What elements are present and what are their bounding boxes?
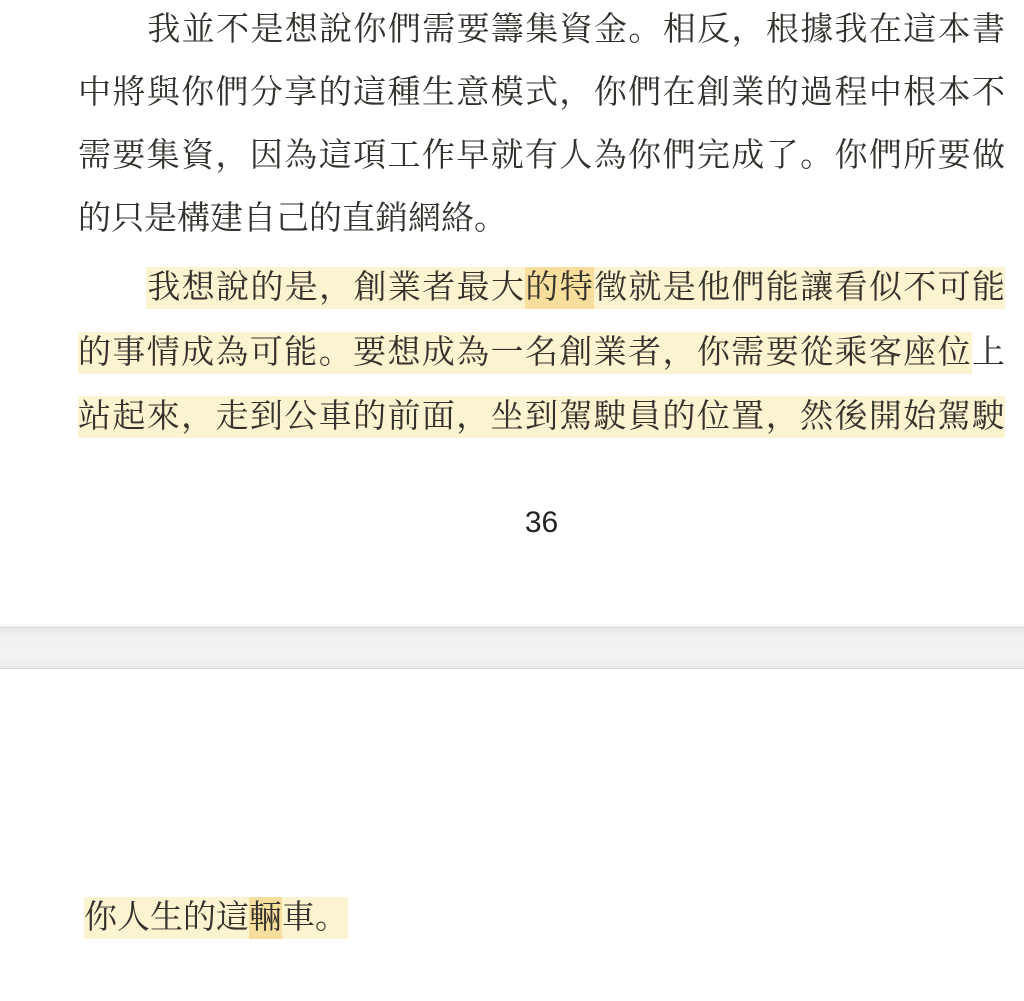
text-run: 需要集資，因為這項工作早就有人為你們完成了。你們所要做 — [78, 138, 1005, 174]
text-line: 需要集資，因為這項工作早就有人為你們完成了。你們所要做 — [78, 134, 1005, 178]
highlight-segment-light: 的事情成為可能。要想成為一名創業者，你需要從乘客座位 — [78, 332, 972, 374]
page-divider — [0, 627, 1024, 669]
highlight-segment-dark: 輛 — [249, 897, 282, 939]
highlight-segment-light: 我想說的是，創業者最大 — [146, 267, 525, 309]
page-number: 36 — [78, 505, 1005, 541]
highlight-segment-light: 你人生的這 — [84, 897, 249, 939]
text-line: 中將與你們分享的這種生意模式，你們在創業的過程中根本不 — [78, 71, 1005, 115]
text-line-highlighted: 你人生的這輛車。 — [84, 896, 1011, 940]
paragraph-indent — [78, 297, 146, 298]
document-viewer[interactable]: 我並不是想說你們需要籌集資金。相反，根據我在這本書 中將與你們分享的這種生意模式… — [0, 0, 1024, 1001]
paragraph-indent — [78, 39, 146, 40]
page-36: 我並不是想說你們需要籌集資金。相反，根據我在這本書 中將與你們分享的這種生意模式… — [0, 0, 1024, 627]
text-run: 中將與你們分享的這種生意模式，你們在創業的過程中根本不 — [78, 75, 1005, 111]
text-line-highlighted: 我想說的是，創業者最大的特徵就是他們能讓看似不可能 — [78, 266, 1005, 310]
highlight-segment-light: 徵就是他們能讓看似不可能 — [594, 267, 1005, 309]
text-run: 我並不是想說你們需要籌集資金。相反，根據我在這本書 — [146, 12, 1005, 48]
page-37: 你人生的這輛車。 — [0, 669, 1024, 1001]
text-run: 的只是構建自己的直銷網絡。 — [78, 201, 507, 237]
highlight-segment-light: 站起來，走到公車的前面，坐到駕駛員的位置，然後開始駕駛 — [78, 396, 1005, 438]
highlight-segment-dark: 的特 — [525, 267, 594, 309]
text-line: 的只是構建自己的直銷網絡。 — [78, 197, 1005, 241]
text-line-highlighted: 的事情成為可能。要想成為一名創業者，你需要從乘客座位上 — [78, 331, 1005, 375]
text-line-highlighted: 站起來，走到公車的前面，坐到駕駛員的位置，然後開始駕駛 — [78, 395, 1005, 439]
highlight-segment-light: 車。 — [282, 897, 348, 939]
text-run: 上 — [972, 335, 1005, 371]
text-line: 我並不是想說你們需要籌集資金。相反，根據我在這本書 — [78, 8, 1005, 52]
